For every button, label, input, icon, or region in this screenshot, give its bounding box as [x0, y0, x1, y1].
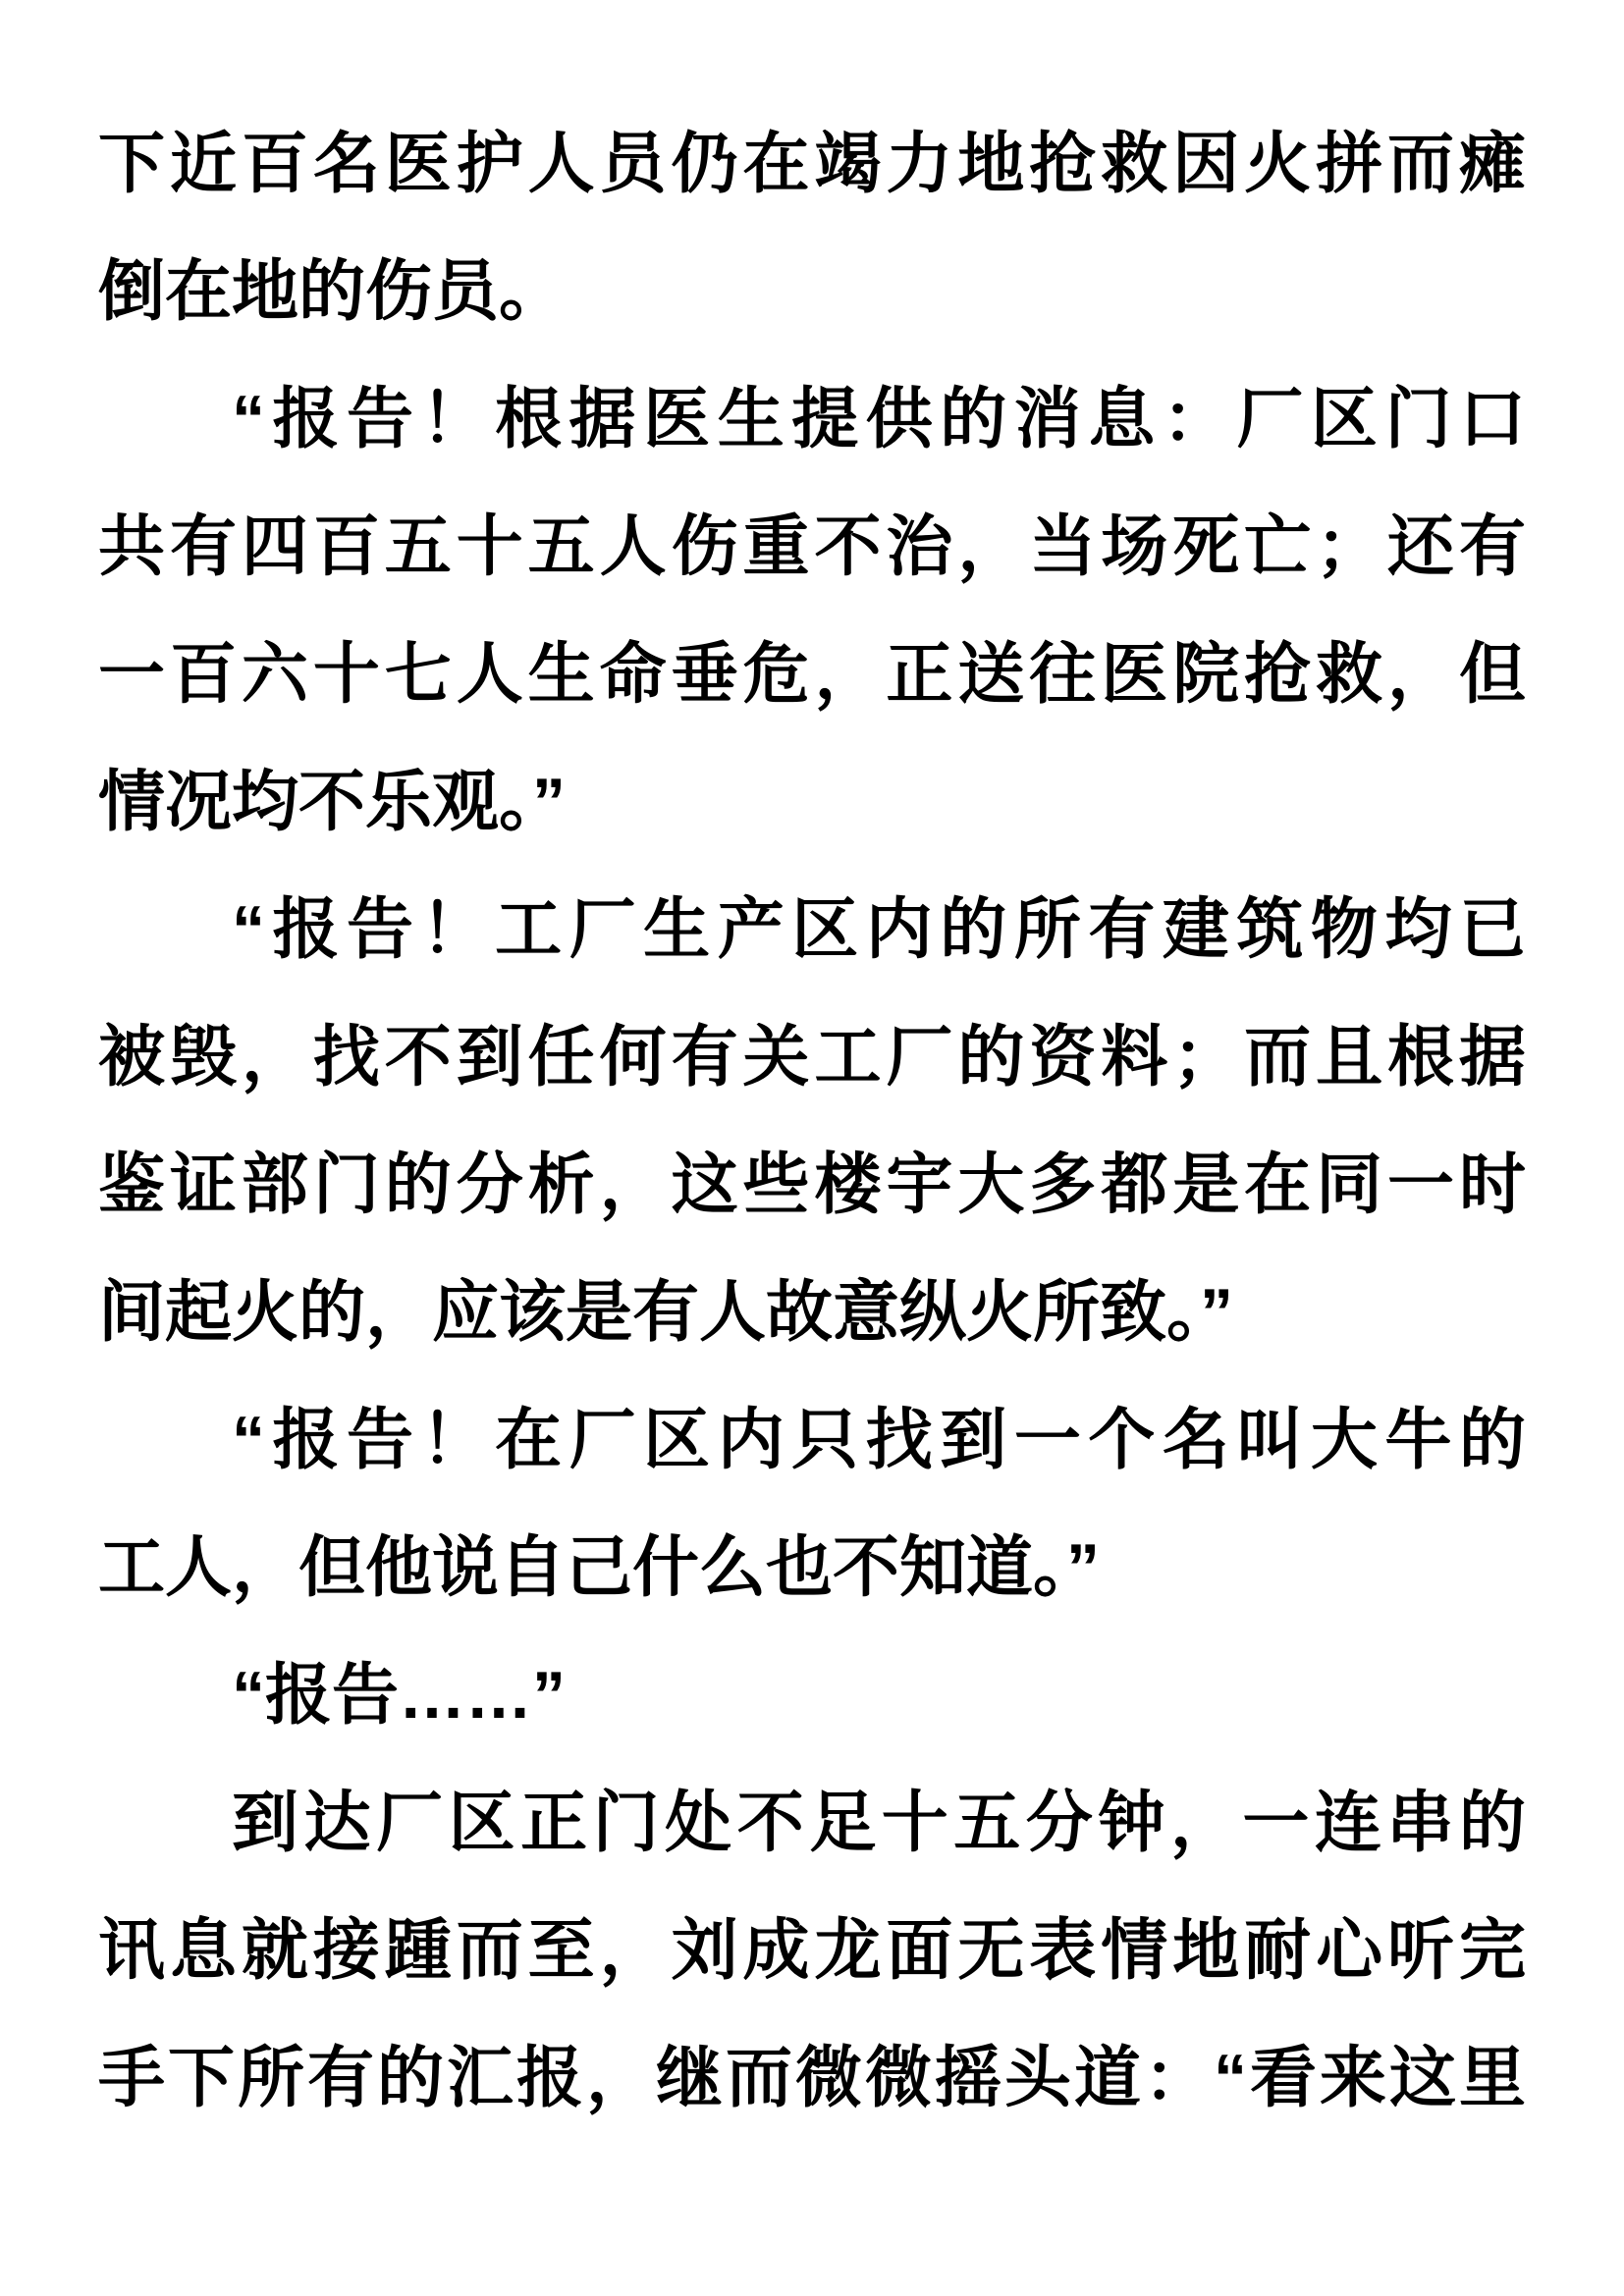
- text-line: 下近百名医护人员仍在竭力地抢救因火拼而瘫: [98, 100, 1526, 228]
- text-line: 工人，但他说自己什么也不知道。”: [98, 1504, 1526, 1631]
- text-line: 间起火的，应该是有人故意纵火所致。”: [98, 1249, 1526, 1376]
- paragraph: “报告！在厂区内只找到一个名叫大牛的工人，但他说自己什么也不知道。”: [98, 1376, 1526, 1631]
- text-line: 到达厂区正门处不足十五分钟，一连串的: [98, 1759, 1526, 1887]
- page-text: 下近百名医护人员仍在竭力地抢救因火拼而瘫倒在地的伤员。“报告！根据医生提供的消息…: [98, 100, 1526, 2142]
- paragraph: 下近百名医护人员仍在竭力地抢救因火拼而瘫倒在地的伤员。: [98, 100, 1526, 355]
- paragraph: “报告！工厂生产区内的所有建筑物均已被毁，找不到任何有关工厂的资料；而且根据鉴证…: [98, 866, 1526, 1376]
- text-line: 讯息就接踵而至，刘成龙面无表情地耐心听完: [98, 1887, 1526, 2014]
- paragraph: “报告……”: [98, 1631, 1526, 1759]
- text-line: “报告……”: [98, 1631, 1526, 1759]
- text-line: 一百六十七人生命垂危，正送往医院抢救，但: [98, 611, 1526, 738]
- paragraph: 到达厂区正门处不足十五分钟，一连串的讯息就接踵而至，刘成龙面无表情地耐心听完手下…: [98, 1759, 1526, 2142]
- text-line: 手下所有的汇报，继而微微摇头道：“看来这里: [98, 2014, 1526, 2142]
- text-line: 共有四百五十五人伤重不治，当场死亡；还有: [98, 483, 1526, 611]
- paragraph: “报告！根据医生提供的消息：厂区门口共有四百五十五人伤重不治，当场死亡；还有一百…: [98, 355, 1526, 866]
- text-line: 情况均不乐观。”: [98, 738, 1526, 866]
- text-line: “报告！在厂区内只找到一个名叫大牛的: [98, 1376, 1526, 1504]
- book-page: 下近百名医护人员仍在竭力地抢救因火拼而瘫倒在地的伤员。“报告！根据医生提供的消息…: [0, 0, 1624, 2296]
- text-line: 被毁，找不到任何有关工厂的资料；而且根据: [98, 993, 1526, 1121]
- text-line: “报告！根据医生提供的消息：厂区门口: [98, 355, 1526, 483]
- text-line: 鉴证部门的分析，这些楼宇大多都是在同一时: [98, 1121, 1526, 1249]
- text-line: 倒在地的伤员。: [98, 228, 1526, 355]
- text-line: “报告！工厂生产区内的所有建筑物均已: [98, 866, 1526, 993]
